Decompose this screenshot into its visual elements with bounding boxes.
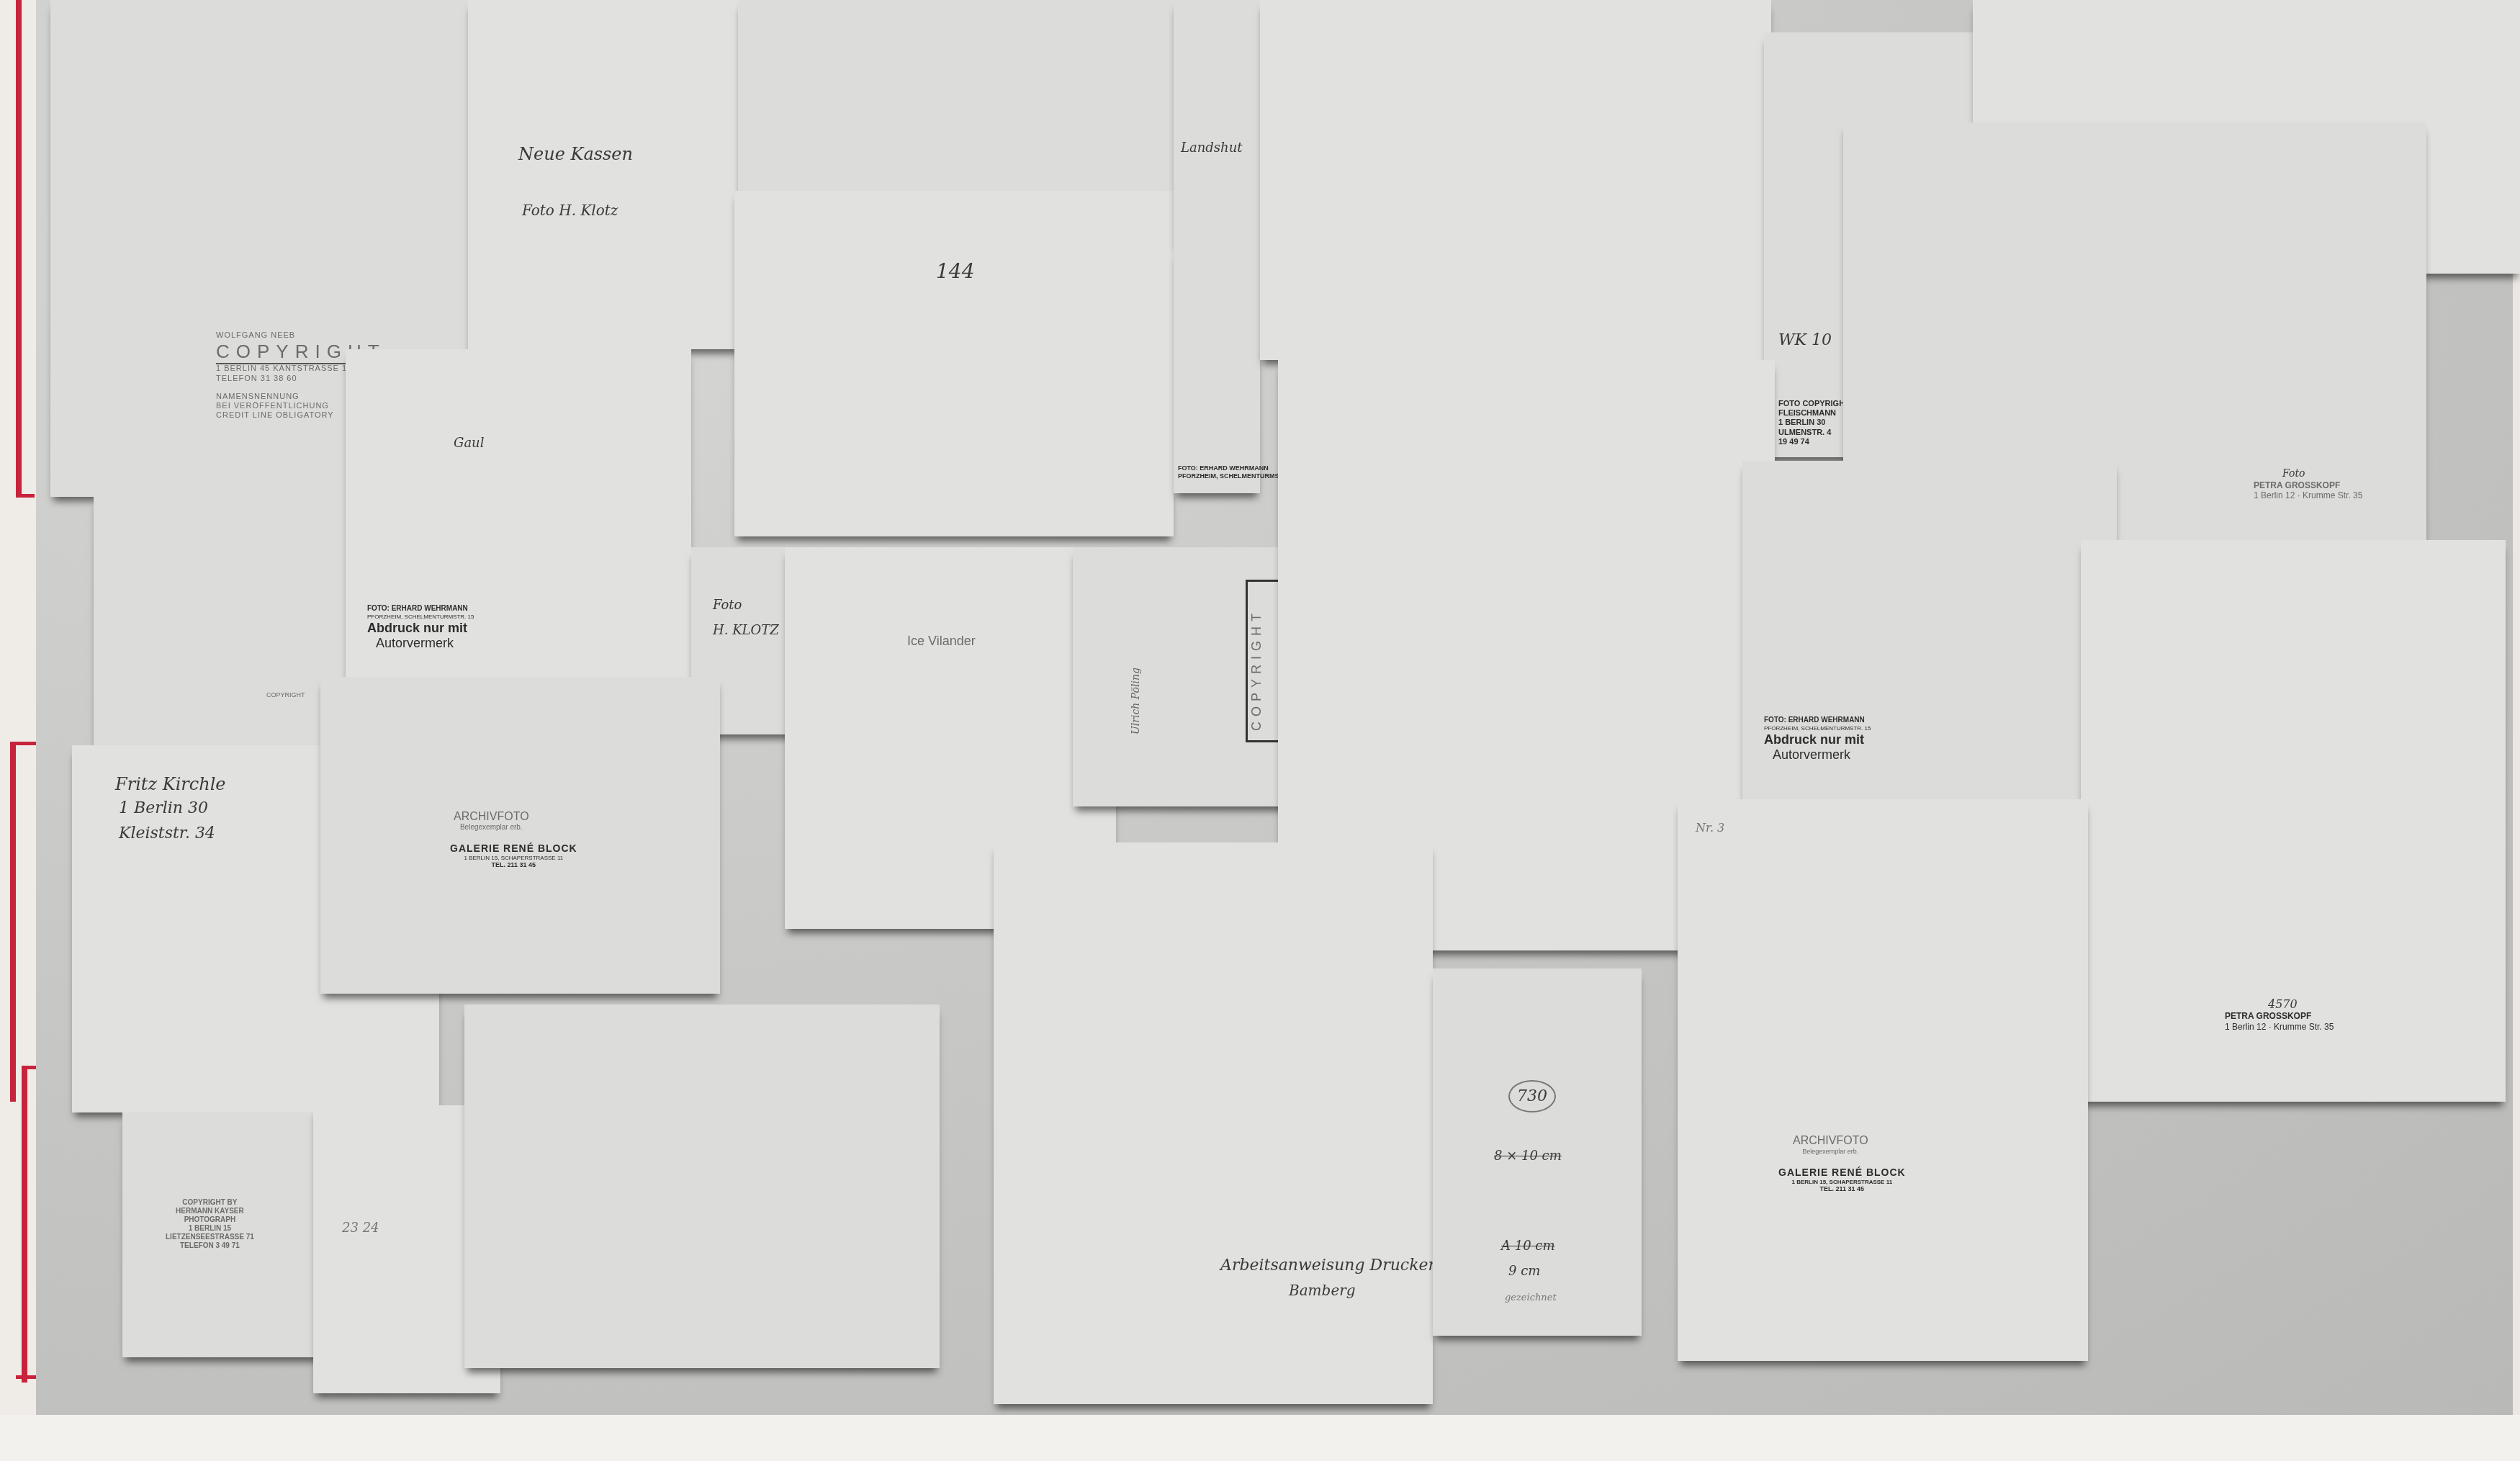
- handwriting: 1 Berlin 30: [119, 799, 208, 817]
- red-tape-mark: [22, 1066, 27, 1383]
- handwriting: 9 cm: [1508, 1264, 1540, 1279]
- handwriting-number: 730: [1508, 1080, 1556, 1112]
- stamp-text: ARCHIVFOTO: [454, 810, 529, 824]
- stamp-text: 1 BERLIN 30: [1778, 418, 1850, 428]
- stamp-text: TEL. 211 31 45: [1778, 1185, 1906, 1193]
- stamp-text: PFORZHEIM, SCHELMENTURMSTR. 15: [367, 613, 474, 621]
- red-tape-mark: [16, 494, 35, 498]
- photo-back-card: Neue Kassen Foto H. Klotz: [468, 0, 742, 349]
- photo-back-card: Arbeitsanweisung Drucker Bamberg: [994, 842, 1433, 1404]
- handwriting: Neue Kassen: [518, 144, 633, 164]
- photo-back-card: FOTO: ERHARD WEHRMANN PFORZHEIM, SCHELME…: [1742, 461, 2117, 806]
- handwriting: gezeichnet: [1505, 1293, 1557, 1303]
- handwriting-number: 144: [936, 259, 974, 283]
- handwriting: Foto H. Klotz: [522, 202, 618, 219]
- paper-bottom-margin: [0, 1415, 2520, 1461]
- handwriting: Arbeitsanweisung Drucker: [1220, 1257, 1436, 1275]
- stamp-text: Autorvermerk: [367, 636, 474, 652]
- stamp-text: 19 49 74: [1778, 438, 1850, 447]
- stamp-text: 1 BERLIN 15, SCHAPERSTRASSE 11: [450, 855, 577, 862]
- stamp-text: Autorvermerk: [1764, 747, 1871, 763]
- stamp-text: Abdruck nur mit: [367, 621, 474, 637]
- stamp-text: PFORZHEIM, SCHELMENTURMSTR. 15: [1764, 725, 1871, 732]
- red-tape-mark: [16, 1375, 37, 1379]
- stamp-title: COPYRIGHT: [1249, 608, 1265, 731]
- red-tape-mark: [10, 742, 39, 745]
- stamp-text: 1 Berlin 12 · Krumme Str. 35: [2254, 490, 2362, 500]
- handwriting: Landshut: [1181, 140, 1242, 156]
- photo-back-card: FOTO: ERHARD WEHRMANN PFORZHEIM, SCHELME…: [1174, 248, 1260, 493]
- handwriting: Nr. 3: [1696, 821, 1724, 835]
- stamp-text: COPYRIGHT: [266, 691, 305, 699]
- stamp-text: 1 BERLIN 15: [166, 1225, 254, 1233]
- handwriting: WK 10: [1778, 331, 1832, 349]
- stamp-text: PETRA GROSSKOPF: [2254, 480, 2362, 490]
- handwriting: Foto: [713, 598, 742, 613]
- photo-back-card: 4570 PETRA GROSSKOPF 1 Berlin 12 · Krumm…: [2081, 540, 2506, 1102]
- stamp-text: Belegexemplar erb.: [1793, 1148, 1868, 1156]
- stamp-text: TEL. 211 31 45: [450, 861, 577, 869]
- photo-back-card: COPYRIGHT BY HERMANN KAYSER PHOTOGRAPH 1…: [122, 1112, 338, 1357]
- stamp-text: LIETZENSEESTRASSE 71: [166, 1233, 254, 1242]
- handwriting: H. KLOTZ: [713, 623, 779, 638]
- photo-back-card: 730 8 × 10 cm A 10 cm 9 cm gezeichnet: [1433, 968, 1642, 1336]
- stamp-text: Ice Vilander: [907, 634, 976, 649]
- stamp-text: FLEISCHMANN: [1778, 409, 1850, 418]
- handwriting: Ulrich Pöling: [1130, 667, 1142, 734]
- stamp-text: FOTO COPYRIGHT: [1778, 400, 1850, 409]
- photo-back-card: [464, 1004, 940, 1368]
- red-tape-mark: [10, 742, 16, 1102]
- handwriting: Kleiststr. 34: [119, 824, 215, 842]
- handwriting: 4570: [2225, 997, 2334, 1011]
- stamp-text: Belegexemplar erb.: [454, 824, 529, 832]
- red-tape-mark: [16, 0, 22, 497]
- stamp-text: ULMENSTR. 4: [1778, 428, 1850, 438]
- stamp-text: WOLFGANG NEEB: [216, 331, 386, 341]
- photo-back-card: [738, 0, 1206, 202]
- handwriting: 23 24: [342, 1221, 379, 1236]
- photo-back-card: [1260, 0, 1771, 360]
- stamp-text: PETRA GROSSKOPF: [2225, 1011, 2334, 1021]
- stamp-text: 1 BERLIN 15, SCHAPERSTRASSE 11: [1778, 1179, 1906, 1186]
- stamp-text: HERMANN KAYSER: [166, 1208, 254, 1216]
- photo-back-card: COPYRIGHT 1 Berlin 33, Bismarckplatz 1 U…: [1073, 547, 1289, 806]
- photo-back-card: Landshut: [1174, 0, 1260, 248]
- photo-back-card: Nr. 3 ARCHIVFOTO Belegexemplar erb. GALE…: [1678, 799, 2088, 1361]
- handwriting: Bamberg: [1289, 1282, 1356, 1299]
- photo-back-card: ARCHIVFOTO Belegexemplar erb. GALERIE RE…: [320, 677, 720, 994]
- photo-back-card: Gaul FOTO: ERHARD WEHRMANN PFORZHEIM, SC…: [346, 349, 691, 677]
- handwriting: Fritz Kirchle: [115, 774, 226, 794]
- stamp-text: ARCHIVFOTO: [1793, 1134, 1868, 1148]
- stamp-text: GALERIE RENÉ BLOCK: [450, 842, 577, 855]
- stamp-text: PHOTOGRAPH: [166, 1216, 254, 1225]
- stamp-text: FOTO: ERHARD WEHRMANN: [367, 605, 474, 613]
- stamp-text: COPYRIGHT BY: [166, 1199, 254, 1208]
- stamp-text: 1 Berlin 12 · Krumme Str. 35: [2225, 1022, 2334, 1032]
- stamp-text: GALERIE RENÉ BLOCK: [1778, 1166, 1906, 1179]
- handwriting: Gaul: [454, 436, 484, 451]
- handwriting: A 10 cm: [1501, 1239, 1555, 1254]
- stamp-text: TELEFON 3 49 71: [166, 1242, 254, 1251]
- stamp-text: Abdruck nur mit: [1764, 732, 1871, 748]
- handwriting: Foto: [2254, 468, 2362, 480]
- stamp-text: FOTO: ERHARD WEHRMANN: [1764, 716, 1871, 725]
- handwriting: 8 × 10 cm: [1494, 1148, 1562, 1164]
- photograph: WOLFGANG NEEB COPYRIGHT 1 BERLIN 45 KANT…: [36, 0, 2513, 1415]
- photo-back-card: 144: [734, 191, 1174, 536]
